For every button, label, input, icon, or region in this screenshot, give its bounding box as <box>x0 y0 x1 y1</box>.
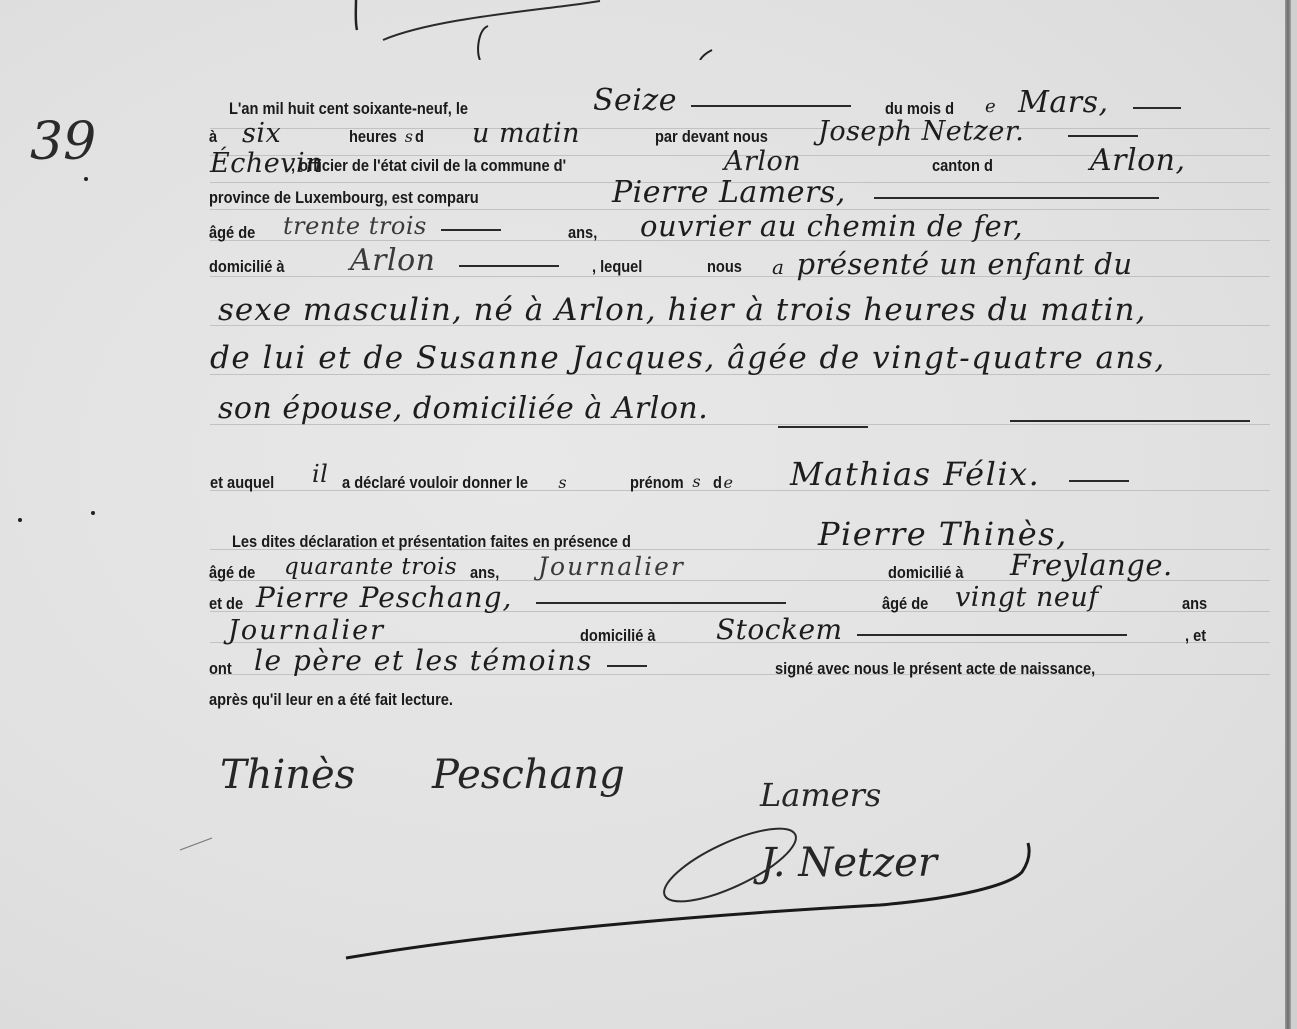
canton-label: canton d <box>932 157 1003 175</box>
filler-dash <box>857 634 1127 636</box>
handwritten-hour: six <box>242 120 281 147</box>
declarant-field: Pierre Lamers, <box>612 178 1159 208</box>
handwritten-canton: Arlon, <box>1090 146 1186 176</box>
signed-label: signé avec nous le présent acte de naiss… <box>775 660 1147 678</box>
filler-dash <box>778 426 868 428</box>
residence1-field: Freylange. <box>1010 551 1173 580</box>
handwritten-residence2: Stockem <box>716 616 843 644</box>
declared-label: a déclaré vouloir donner les <box>342 474 567 492</box>
printed-text: heures <box>349 128 397 145</box>
et-label: , et <box>1185 627 1210 645</box>
handwritten-suffix: s <box>405 129 414 145</box>
printed-text: et auquel <box>210 474 274 491</box>
line-6: domicilié à <box>209 258 297 276</box>
officer-field: Joseph Netzer. <box>818 118 1138 145</box>
handwritten-occupation2: Journalier <box>228 617 385 644</box>
printed-text: signé avec nous le présent acte de naiss… <box>775 660 1095 677</box>
handwritten-text: a <box>772 257 784 277</box>
handwritten-suffix: s <box>692 474 701 490</box>
handwritten-suffix: e <box>723 475 733 491</box>
handwritten-month: Mars, <box>1018 88 1108 118</box>
line-1: L'an mil huit cent soixante-neuf, le <box>229 100 507 118</box>
handwritten-witness2: Pierre Peschang, <box>256 584 512 612</box>
residence-field: Arlon <box>350 246 559 276</box>
printed-text: à <box>209 128 217 145</box>
il-field: il <box>312 462 328 486</box>
filler-dash <box>1068 135 1138 137</box>
printed-text: Les dites déclaration et présentation fa… <box>232 533 631 550</box>
occupation1-field: Journalier <box>538 554 685 579</box>
officer-label: par devant nous <box>655 128 786 146</box>
printed-text: par devant nous <box>655 128 768 145</box>
printed-text: , officier de l'état civil de la commune… <box>291 157 566 174</box>
handwritten-birth-details: sexe masculin, né à Arlon, hier à trois … <box>218 295 1146 326</box>
filler-dash <box>1069 480 1129 482</box>
filler-dash <box>459 265 559 267</box>
printed-text: domicilié à <box>209 258 285 275</box>
occupation-field: ouvrier au chemin de fer, <box>640 212 1023 241</box>
printed-text: âgé de <box>882 595 928 612</box>
handwritten-given-names: Mathias Félix. <box>790 458 1040 490</box>
handwritten-age1: quarante trois <box>284 556 457 579</box>
printed-text: , lequel <box>592 258 642 275</box>
register-number: 39 <box>30 112 96 172</box>
handwritten-text: il <box>312 462 328 486</box>
handwritten-signers: le père et les témoins <box>254 647 593 675</box>
handwritten-residence: Arlon <box>350 246 435 276</box>
given-names-field: Mathias Félix. <box>790 458 1129 490</box>
residence2-field: Stockem <box>716 616 1127 644</box>
line-7: sexe masculin, né à Arlon, hier à trois … <box>218 295 1146 326</box>
filler-dash <box>1010 420 1250 422</box>
printed-text: prénom <box>630 474 684 491</box>
years-label: ans, <box>568 224 602 242</box>
printed-text: nous <box>707 258 742 275</box>
filler-dash <box>607 665 647 667</box>
years-label: ans, <box>470 564 504 582</box>
ink-speck <box>84 177 88 181</box>
printed-text: ans <box>1182 595 1207 612</box>
handwritten-declarant: Pierre Lamers, <box>612 178 846 208</box>
signers-field: le père et les témoins <box>254 647 647 675</box>
printed-text: canton d <box>932 157 993 174</box>
document-page: 39 L'an mil huit cent soixante-neuf, le … <box>0 0 1297 1029</box>
handwritten-day: Seize <box>593 86 677 116</box>
handwritten-suffix: e <box>985 98 996 116</box>
officer-role: , officier de l'état civil de la commune… <box>291 157 611 175</box>
prenom-label: prénoms de <box>630 474 733 492</box>
printed-text: L'an mil huit cent soixante-neuf, le <box>229 100 468 117</box>
line-12: âgé de <box>209 564 263 582</box>
month-field: e Mars, <box>985 88 1181 118</box>
printed-text: âgé de <box>209 564 255 581</box>
line-14: Journalier <box>228 617 385 644</box>
witness2-field: Pierre Peschang, <box>256 584 786 612</box>
handwritten-text: présenté un enfant du <box>796 250 1132 279</box>
handwritten-time: u matin <box>472 120 580 147</box>
printed-text: d <box>415 128 424 145</box>
hours-label: heuressd <box>349 128 426 146</box>
age2-label: âgé de <box>882 595 936 613</box>
handwritten-age2: vingt neuf <box>955 584 1099 611</box>
printed-text: ont <box>209 660 232 677</box>
filler-dash <box>691 105 851 107</box>
lequel-label: , lequel <box>592 258 651 276</box>
printed-text: et de <box>209 595 243 612</box>
handwritten-parents: de lui et de Susanne Jacques, âgée de vi… <box>210 343 1166 374</box>
time-field: u matin <box>472 120 580 147</box>
line-15: ont <box>209 660 235 678</box>
line-5: âgé de <box>209 224 263 242</box>
handwritten-commune: Arlon <box>724 148 801 175</box>
line-9: son épouse, domiciliée à Arlon. <box>218 394 708 424</box>
residence2-label: domicilié à <box>580 627 668 645</box>
day-field: Seize <box>593 86 851 116</box>
commune-field: Arlon <box>724 148 801 175</box>
printed-text: ans, <box>568 224 597 241</box>
handwritten-occupation: ouvrier au chemin de fer, <box>640 212 1023 241</box>
ink-speck <box>91 511 95 515</box>
printed-text: , et <box>1185 627 1206 644</box>
line-8: de lui et de Susanne Jacques, âgée de vi… <box>210 343 1166 374</box>
printed-text: domicilié à <box>888 564 964 581</box>
age2-field: vingt neuf <box>955 584 1099 611</box>
line-4: province de Luxembourg, est comparu <box>209 189 523 207</box>
filler-dash <box>874 197 1159 199</box>
filler-dash <box>441 229 501 231</box>
canton-field: Arlon, <box>1090 146 1186 176</box>
handwritten-officer: Joseph Netzer. <box>818 118 1024 145</box>
line-10: et auquel <box>210 474 285 492</box>
printed-text: a déclaré vouloir donner le <box>342 474 528 491</box>
witness1-field: Pierre Thinès, <box>818 518 1068 550</box>
age-field: trente trois <box>283 214 501 238</box>
line-11: Les dites déclaration et présentation fa… <box>232 533 696 551</box>
handwritten-residence1: Freylange. <box>1010 551 1173 580</box>
flourish-stroke <box>0 0 1297 60</box>
handwritten-suffix: s <box>558 475 567 491</box>
handwritten-spouse: son épouse, domiciliée à Arlon. <box>218 394 708 424</box>
handwritten-age: trente trois <box>283 214 427 238</box>
filler-dash <box>536 602 786 604</box>
printed-text: du mois d <box>885 100 954 117</box>
line-2: à <box>209 128 218 146</box>
printed-text: province de Luxembourg, est comparu <box>209 189 479 206</box>
age1-field: quarante trois <box>284 556 457 579</box>
hour-field: six <box>242 120 281 147</box>
handwritten-occupation1: Journalier <box>538 554 685 579</box>
printed-text: d <box>713 474 722 491</box>
line-13: et de <box>209 595 249 613</box>
presented-field: a présenté un enfant du <box>772 250 1133 279</box>
printed-text: âgé de <box>209 224 255 241</box>
ink-speck <box>18 518 22 522</box>
filler-dash <box>1133 107 1181 109</box>
printed-text: ans, <box>470 564 499 581</box>
signature-flourish <box>0 700 1297 1029</box>
printed-text: domicilié à <box>580 627 656 644</box>
handwritten-witness1: Pierre Thinès, <box>818 518 1068 550</box>
age2-years-label: ans <box>1182 595 1211 613</box>
nous-label: nous <box>707 258 748 276</box>
residence1-label: domicilié à <box>888 564 976 582</box>
